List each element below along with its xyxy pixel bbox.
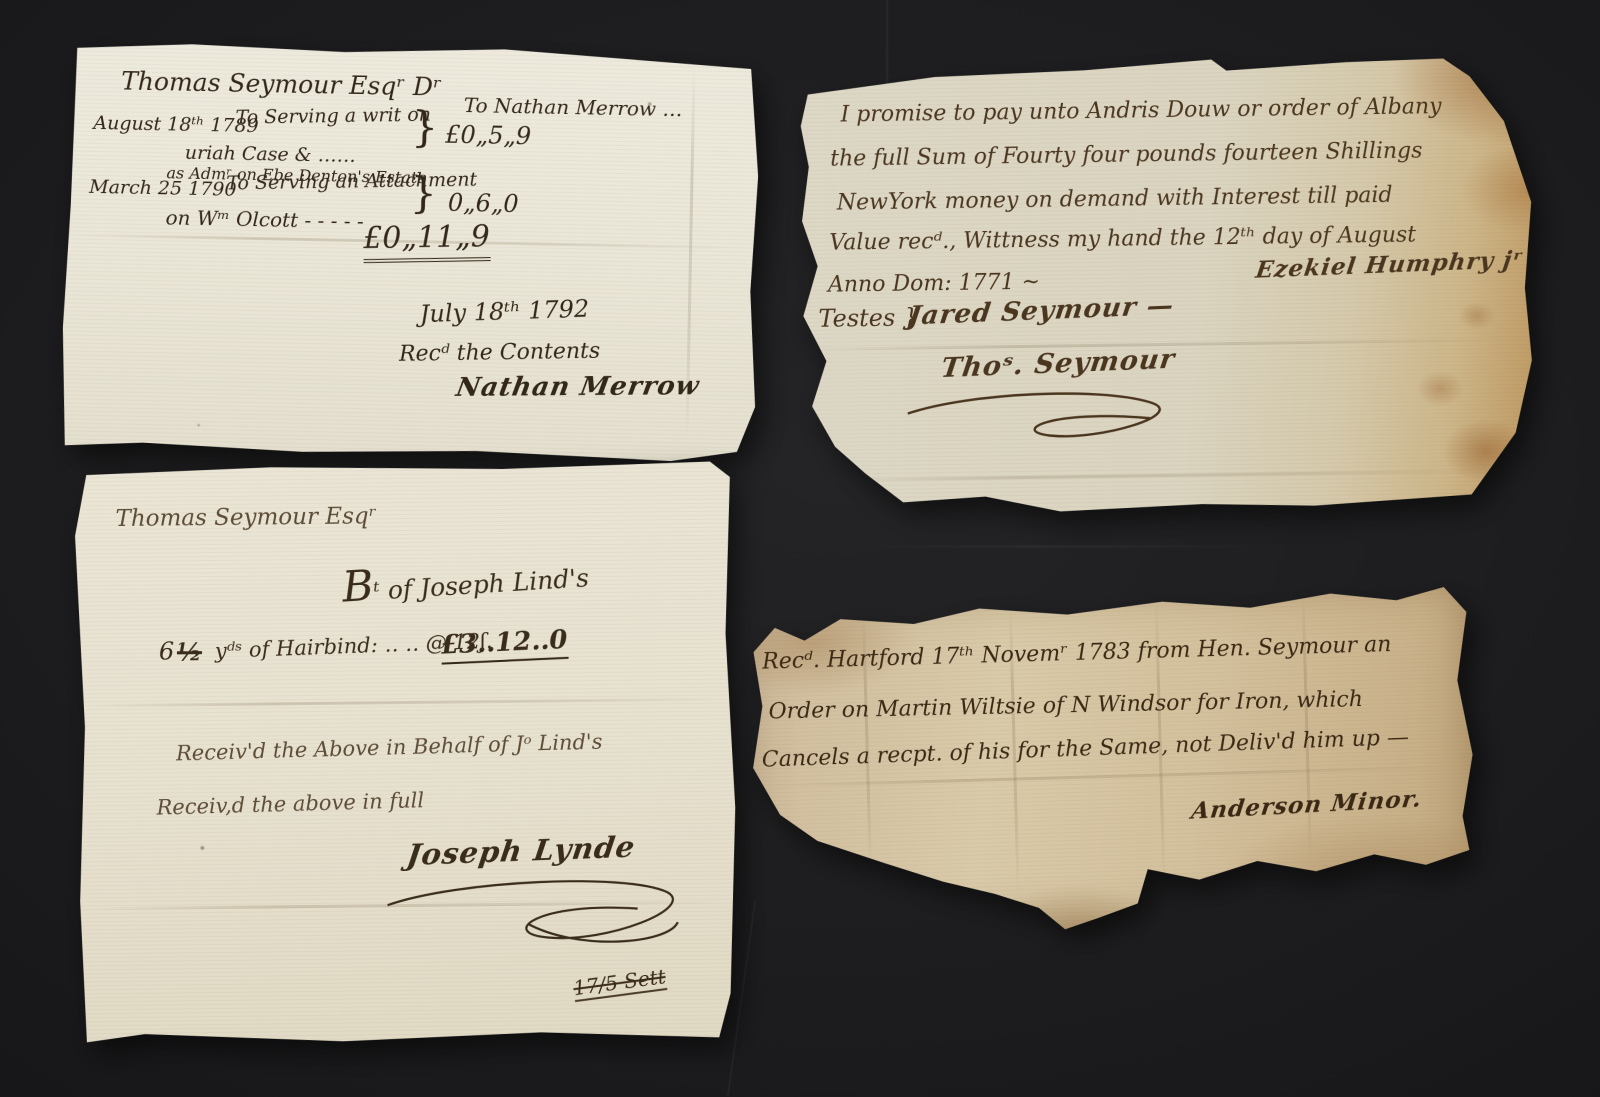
docket-note: 17/5 Sett [572,964,668,1002]
entry-date: August 18ᵗʰ 1789 [93,112,259,137]
photo-of-manuscripts: Thomas Seymour Esqʳ Dʳ To Nathan Merrow … [0,0,1600,1097]
fold-crease [75,697,735,707]
paper-sheet: I promise to pay unto Andris Douw or ord… [785,53,1539,515]
bill-total: £0„11„9 [363,219,490,256]
receipt-text: Recᵈ the Contents [399,339,601,367]
signature-joseph-lynde: Joseph Lynde [405,830,638,872]
document-seymour-merrow-bill: Thomas Seymour Esqʳ Dʳ To Nathan Merrow … [59,39,762,464]
bill-header-debtor: Thomas Seymour Esqʳ [115,503,376,532]
received-behalf-line: Receiv'd the Above in Behalf of Jᵒ Lind'… [176,730,603,766]
fold-crease [1301,589,1312,868]
signature-flourish [377,872,698,955]
fold-crease [862,608,872,873]
entry-amount: £0„5„9 [445,121,531,151]
signature-thomas-seymour: Thoˢ. Seymour [939,344,1177,384]
total-amount: £0„11„9 [363,219,490,263]
witness-label: Testes } [818,303,918,332]
receipt-line: Order on Martin Wiltsie of N Windsor for… [768,687,1363,724]
signature-ezekiel-humphry: Ezekiel Humphry jʳ [1254,246,1525,284]
cloth-crease [850,545,1270,548]
entry-brace: } [411,102,439,152]
bought-of-line: Bᵗ of Joseph Lind's [341,548,590,612]
document-promissory-note-1771: I promise to pay unto Andris Douw or ord… [785,53,1539,515]
document-lynde-bill: Thomas Seymour Esqʳ Bᵗ of Joseph Lind's … [73,460,739,1047]
bill-header-creditor: To Nathan Merrow … [464,93,683,121]
paper-sheet: Thomas Seymour Esqʳ Dʳ To Nathan Merrow … [59,39,762,464]
bill-header-debtor: Thomas Seymour Esqʳ Dʳ [121,66,442,101]
fold-crease [813,469,1509,482]
item-amount-wrap: £3..12..0 [440,625,568,661]
note-line: Value recᵈ., Wittness my hand the 12ᵗʰ d… [829,222,1416,255]
item-amount: £3..12..0 [440,625,568,665]
note-dateline: Anno Dom: 1771 ~ [828,270,1040,298]
entry-amount: 0„6„0 [448,189,519,218]
received-full-line: Receiv,d the above in full [156,788,424,819]
fold-crease [757,765,1460,788]
receipt-line: Cancels a recpt. of his for the Same, no… [761,725,1409,773]
signature-jared-seymour: Jared Seymour — [906,291,1176,332]
note-line: the full Sum of Fourty four pounds fourt… [830,138,1423,171]
signature-anderson-minor: Anderson Minor. [1190,785,1424,825]
paper-sheet: Recᵈ. Hartford 17ᵗʰ Novemʳ 1783 from Hen… [737,578,1478,938]
entry-date: March 25 1790 [89,176,237,201]
item-quantity-struck: ½ [177,637,202,666]
entry-continuation: uriah Case & ‥‥‥ [185,142,356,167]
entry-description: To Serving an Attachment [226,169,477,195]
receipt-line: Recᵈ. Hartford 17ᵗʰ Novemʳ 1783 from Hen… [762,632,1392,675]
item-quantity: 6 [159,637,175,665]
note-line: I promise to pay unto Andris Douw or ord… [840,94,1441,127]
document-iron-receipt-1783: Recᵈ. Hartford 17ᵗʰ Novemʳ 1783 from Hen… [737,578,1478,938]
fold-crease [1008,601,1019,897]
signature-nathan-merrow: Nathan Merrow [454,371,702,403]
signature-flourish [899,387,1200,451]
fold-crease [1155,597,1166,886]
receipt-date: July 18ᵗʰ 1792 [419,295,589,329]
entry-description: To Serving a writ on [235,104,431,129]
fold-crease [78,900,738,910]
entry-continuation: on Wᵐ Olcott - - - - - [165,205,364,233]
entry-brace: } [410,168,438,218]
paper-sheet: Thomas Seymour Esqʳ Bᵗ of Joseph Lind's … [73,460,739,1047]
note-line: NewYork money on demand with Interest ti… [837,183,1393,216]
